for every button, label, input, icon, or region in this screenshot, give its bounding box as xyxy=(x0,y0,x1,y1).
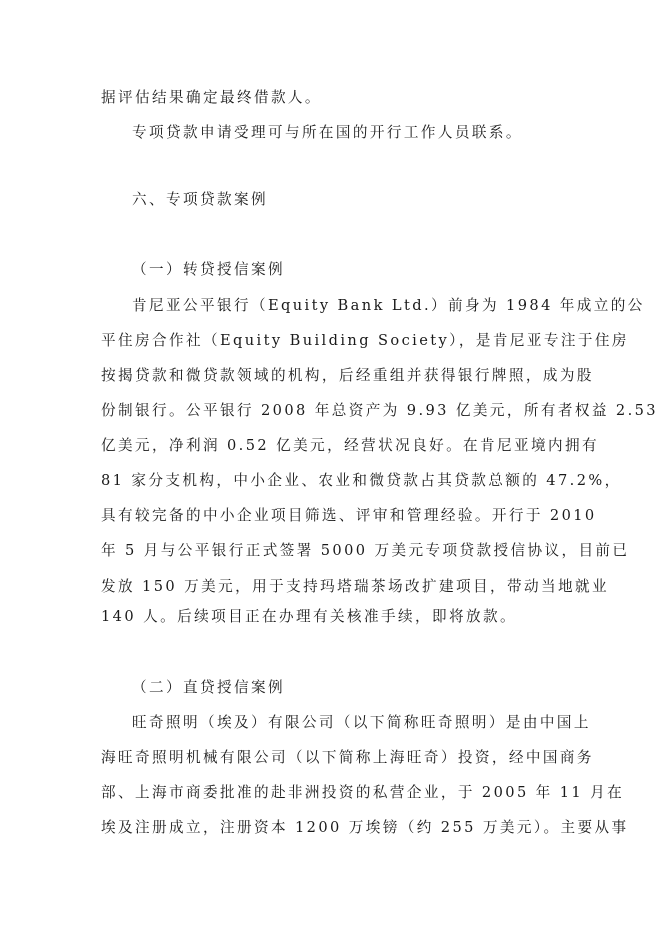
paragraph-line: 发放 150 万美元，用于支持玛塔瑞茶场改扩建项目，带动当地就业 xyxy=(101,577,553,597)
document-page: 据评估结果确定最终借款人。 专项贷款申请受理可与所在国的开行工作人员联系。 六、… xyxy=(0,0,661,935)
subsection-heading-direct-lending: （二）直贷授信案例 xyxy=(132,678,285,698)
paragraph-line: 海旺奇照明机械有限公司（以下简称上海旺奇）投资，经中国商务 xyxy=(101,748,553,768)
contact-paragraph: 专项贷款申请受理可与所在国的开行工作人员联系。 xyxy=(132,123,553,143)
paragraph-line: 平住房合作社（Equity Building Society），是肯尼亚专注于住… xyxy=(101,331,553,351)
paragraph-line: 具有较完备的中小企业项目筛选、评审和管理经验。开行于 2010 xyxy=(101,506,553,526)
paragraph-line: 140 人。后续项目正在办理有关核准手续，即将放款。 xyxy=(101,607,553,627)
subsection-heading-onlending: （一）转贷授信案例 xyxy=(132,260,285,280)
paragraph-tail-line: 据评估结果确定最终借款人。 xyxy=(101,88,553,108)
paragraph-line: 份制银行。公平银行 2008 年总资产为 9.93 亿美元，所有者权益 2.53 xyxy=(101,401,553,421)
paragraph-line: 肯尼亚公平银行（Equity Bank Ltd.）前身为 1984 年成立的公 xyxy=(132,296,553,316)
paragraph-line: 亿美元，净利润 0.52 亿美元，经营状况良好。在肯尼亚境内拥有 xyxy=(101,436,553,456)
paragraph-line: 部、上海市商委批准的赴非洲投资的私营企业，于 2005 年 11 月在 xyxy=(101,783,553,803)
paragraph-line: 年 5 月与公平银行正式签署 5000 万美元专项贷款授信协议，目前已 xyxy=(101,541,553,561)
paragraph-line: 旺奇照明（埃及）有限公司（以下简称旺奇照明）是由中国上 xyxy=(132,713,553,733)
paragraph-line: 按揭贷款和微贷款领域的机构，后经重组并获得银行牌照，成为股 xyxy=(101,366,553,386)
section-heading-cases: 六、专项贷款案例 xyxy=(132,190,268,210)
paragraph-line: 81 家分支机构，中小企业、农业和微贷款占其贷款总额的 47.2%， xyxy=(101,471,553,491)
paragraph-line: 埃及注册成立，注册资本 1200 万埃镑（约 255 万美元）。主要从事 xyxy=(101,818,553,838)
